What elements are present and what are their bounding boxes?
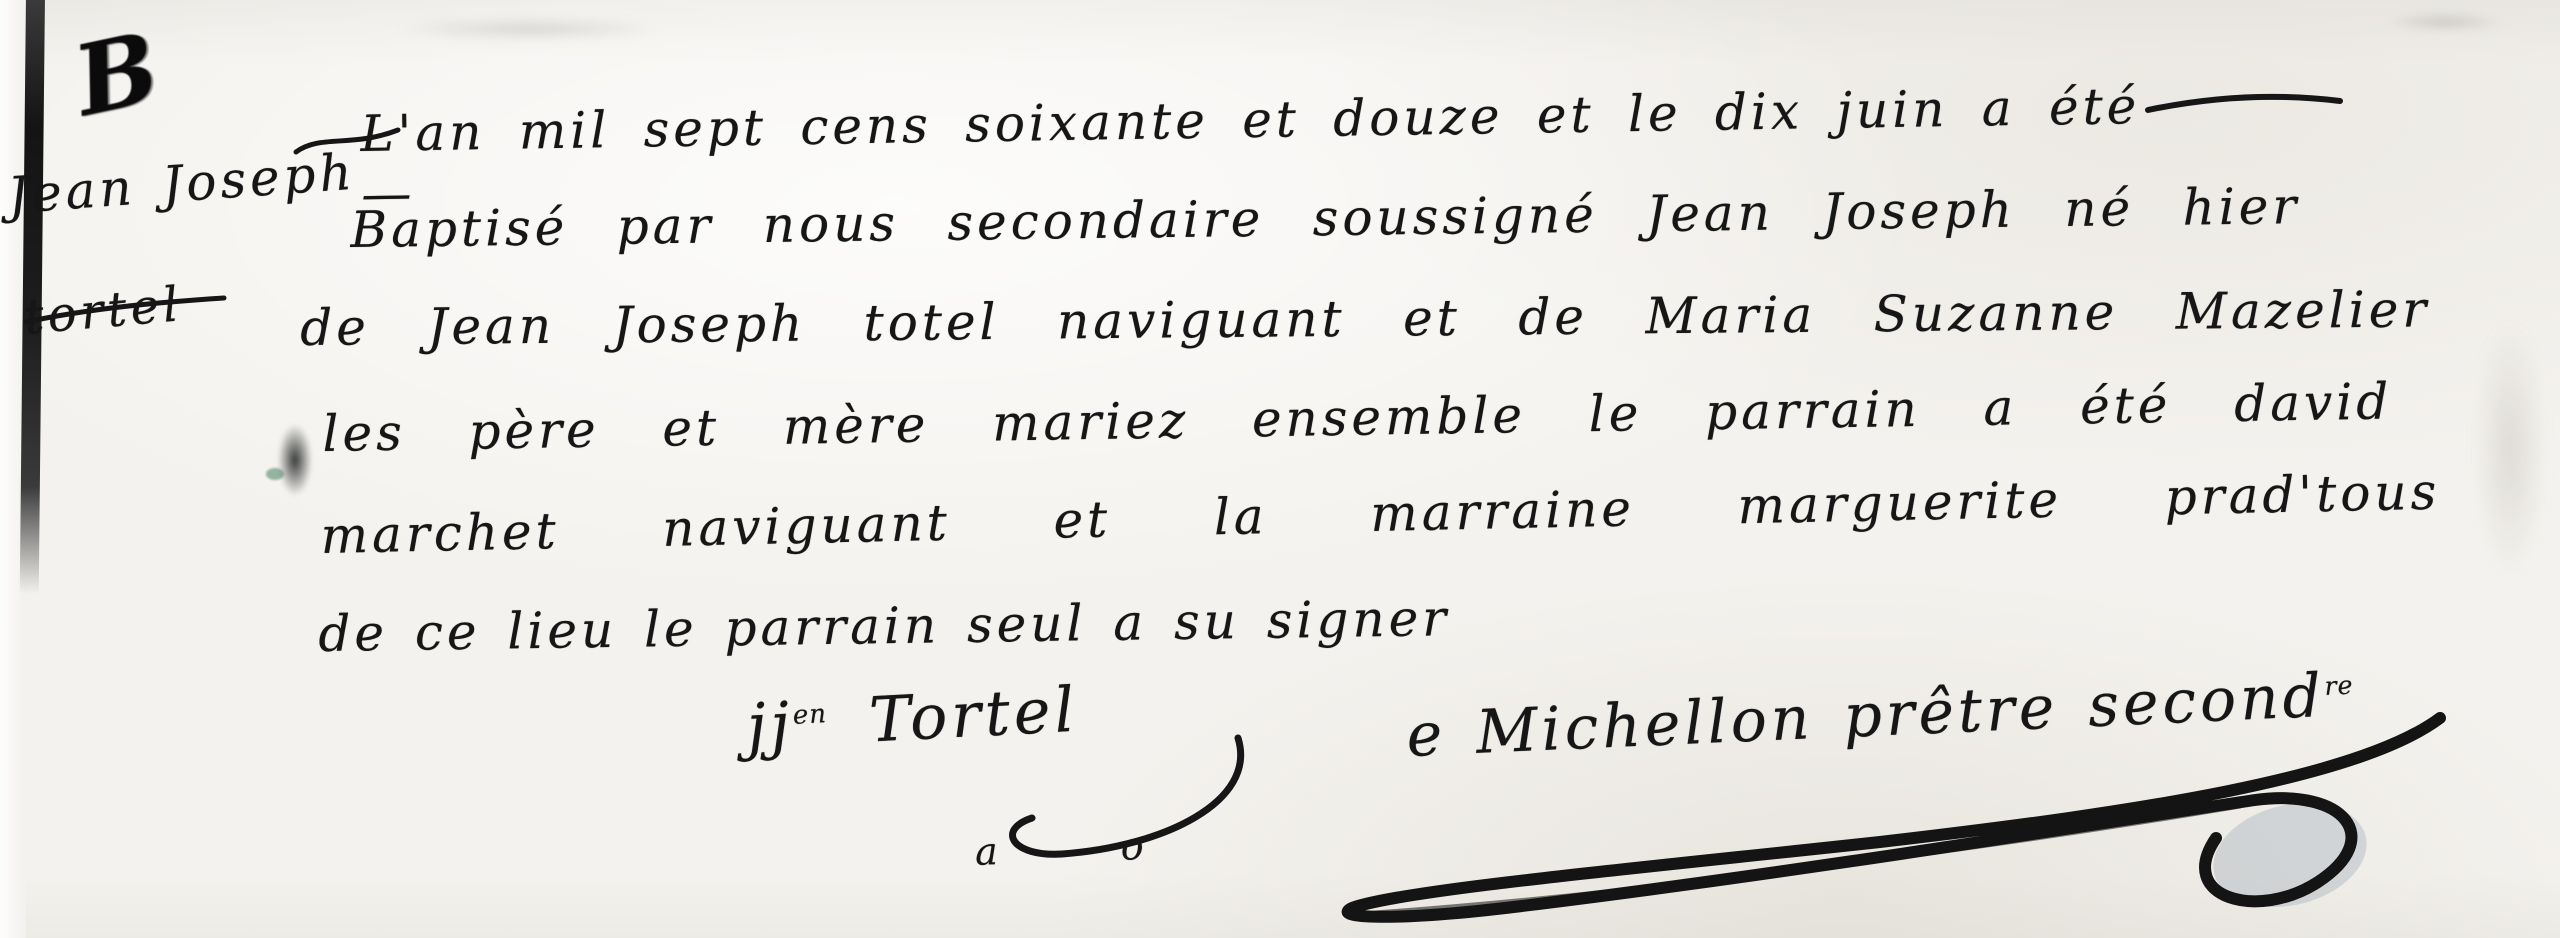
ink-bleed-smudge [360,16,700,42]
manuscript-line-3: de Jean Joseph totel naviguant et de Mar… [300,279,2430,358]
signature-gap [829,742,871,744]
signature-michellon-name: Michellon prêtre second [1475,661,2327,768]
ink-blot [266,468,284,480]
signature-michellon-superscript: re [2324,671,2354,701]
ink-bleed-smudge [2470,300,2550,600]
manuscript-line-6: de ce lieu le parrain seul a su signer [318,588,1451,664]
signature-tortel-marks: a o [974,822,1196,875]
signature-tortel-prefix: jj [745,688,795,763]
signature-tortel-name: Tortel [867,673,1079,757]
signature-tortel-superscript: en [792,699,828,731]
signature-michellon: e Michellon prêtre secondre [1405,659,2355,772]
manuscript-line-4: les père et mère mariez ensemble le parr… [322,371,2393,464]
margin-initial-b: B [65,11,168,138]
michellon-paraph-echo [1362,806,2240,914]
line1-dash-flourish [2148,97,2340,110]
ink-blot [272,412,318,508]
manuscript-page: B Jean Joseph tortel L'an mil sept cens … [0,0,2560,938]
signature-tortel: jjenTortel [745,673,1080,765]
ink-bleed-smudge [2370,10,2520,34]
paraph-loop-shading [2202,788,2378,923]
margin-name-line1: Jean Joseph [6,142,357,226]
margin-name-line2: tortel [22,276,185,347]
manuscript-line-5: marchet naviguant et la marraine marguer… [320,462,2441,566]
signature-michellon-lead: e [1405,699,1448,771]
